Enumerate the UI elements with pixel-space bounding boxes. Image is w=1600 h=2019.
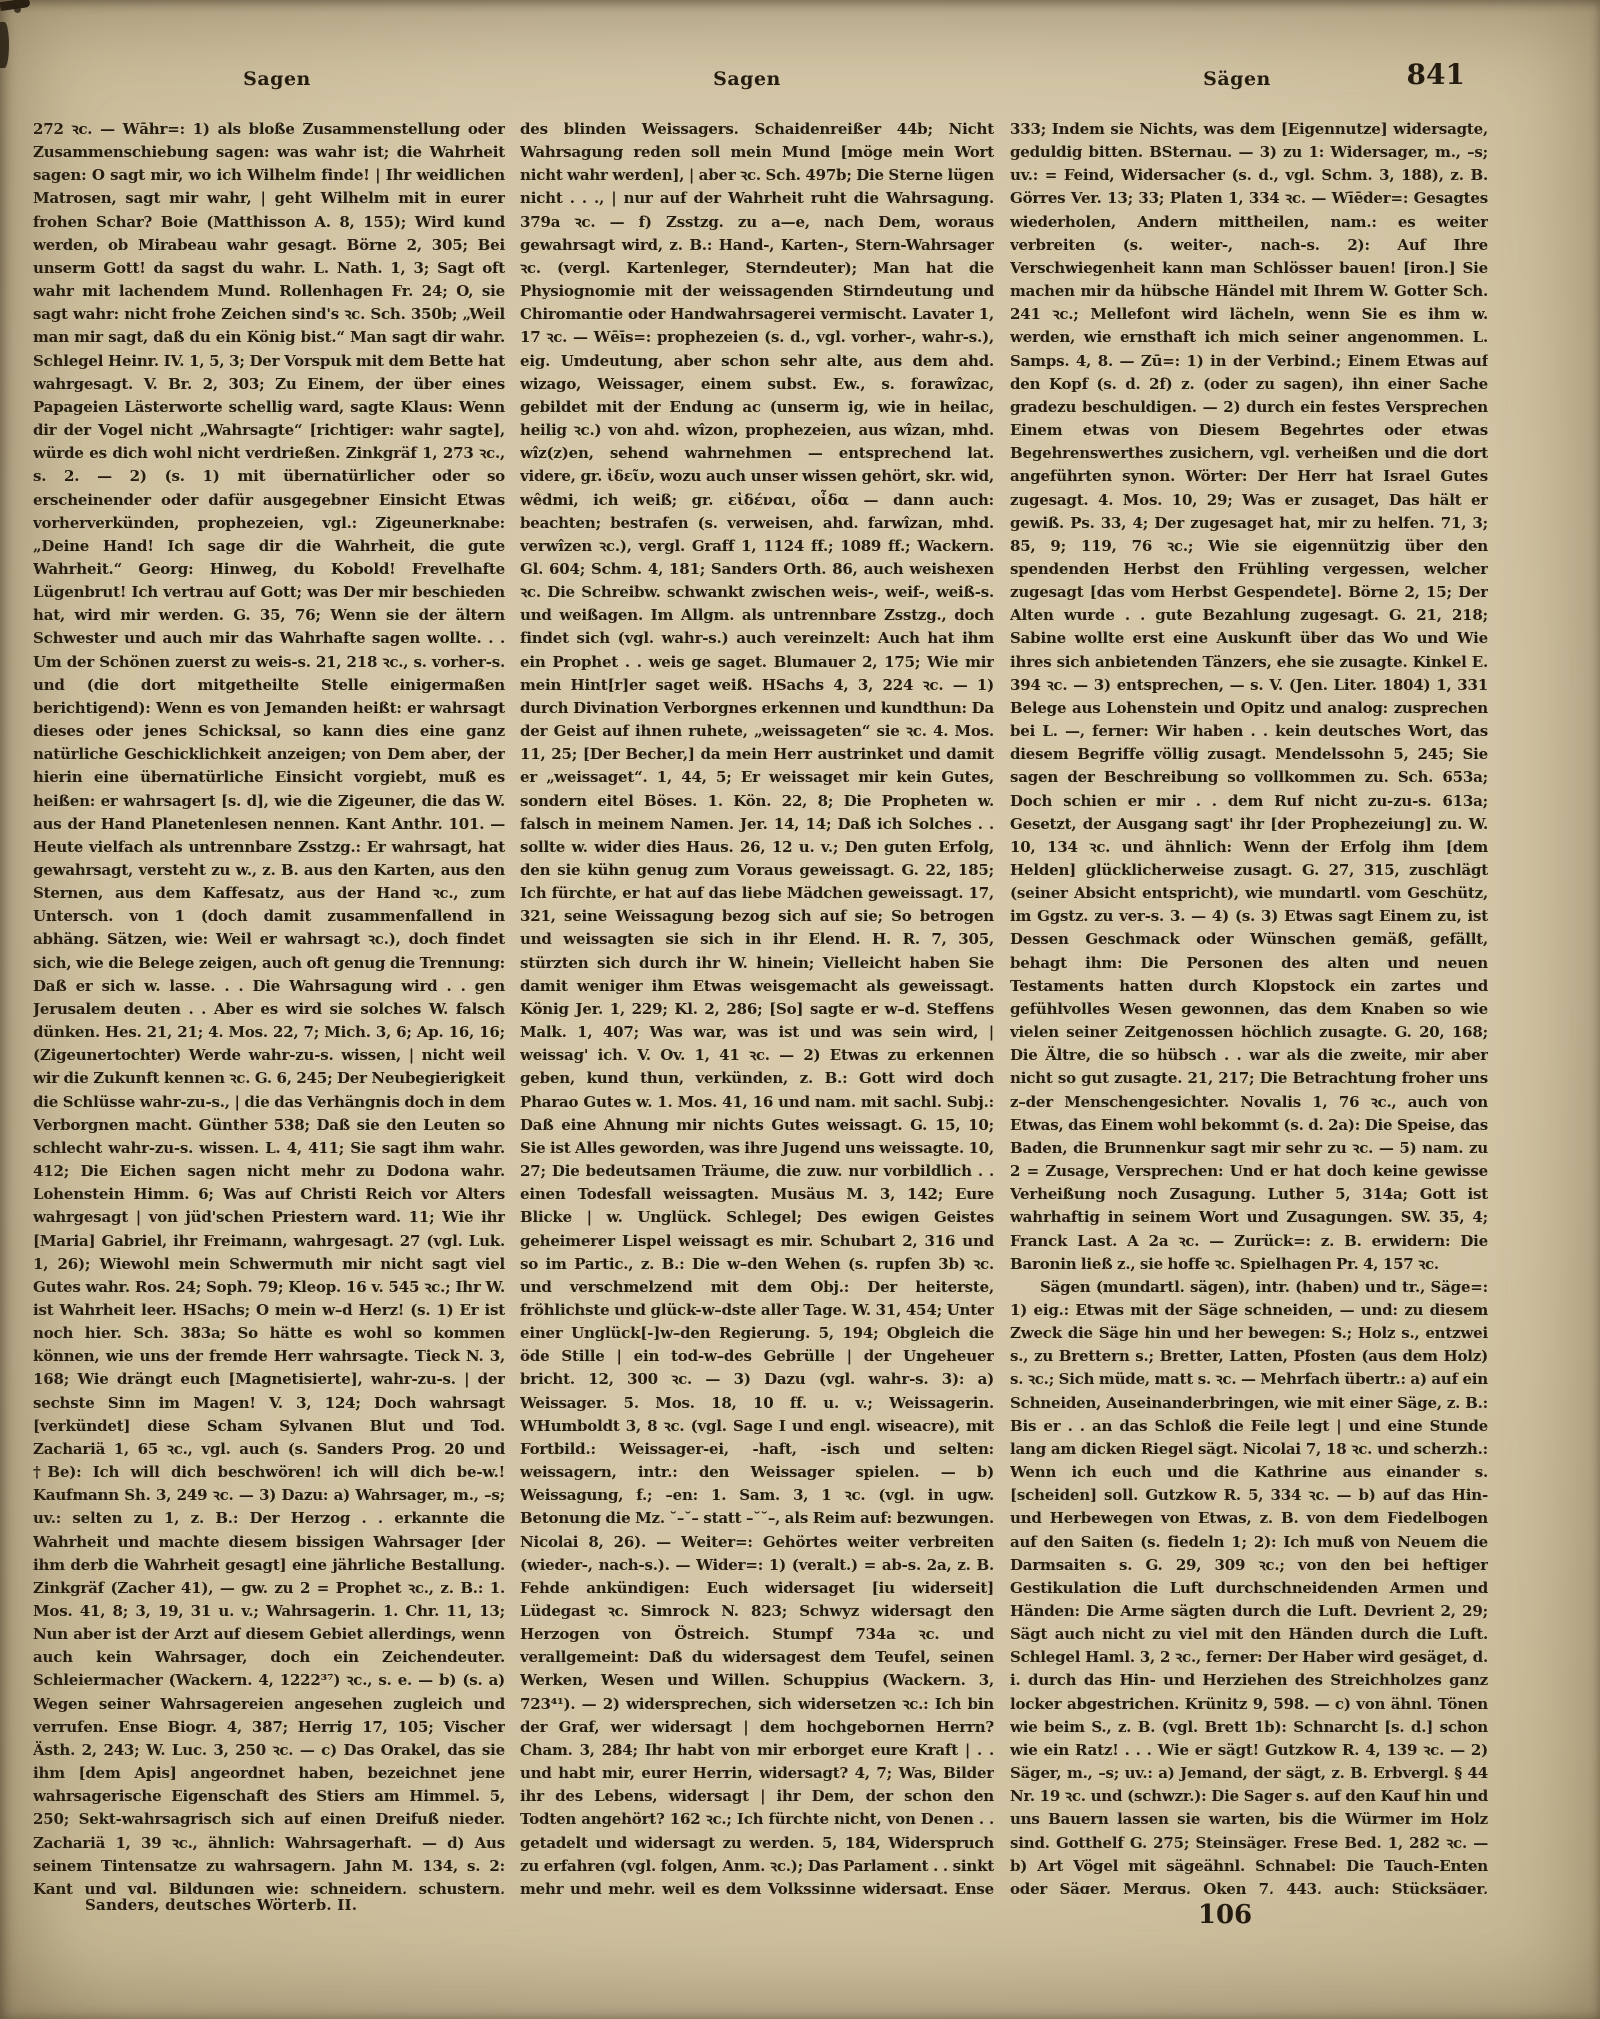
column-paragraph: des blinden Weissagers. Schaidenreißer 4… (520, 118, 994, 1894)
page-number: 841 (1360, 58, 1465, 91)
running-title-center: Sagen (637, 68, 857, 90)
printer-signature: Sanders, deutsches Wörterb. II. (85, 1896, 357, 1914)
scan-ink-mark (0, 22, 9, 68)
text-column-3: 333; Indem sie Nichts, was dem [Eigennut… (1010, 118, 1488, 1894)
column-paragraph: 272 ꝛc. — Wāhr=: 1) als bloße Zusammenst… (33, 118, 505, 1894)
sheet-number: 106 (1175, 1900, 1275, 1930)
running-title-left: Sagen (167, 68, 387, 90)
running-title-right: Sägen (1127, 68, 1347, 90)
scan-ink-mark (0, 0, 30, 11)
column-paragraph: Sägen (mundartl. sägen), intr. (haben) u… (1010, 1276, 1488, 1894)
text-column-2: des blinden Weissagers. Schaidenreißer 4… (520, 118, 994, 1894)
scan-ink-mark (14, 6, 21, 13)
dictionary-page: Sagen Sagen Sägen 841 272 ꝛc. — Wāhr=: 1… (0, 0, 1600, 2019)
text-column-1: 272 ꝛc. — Wāhr=: 1) als bloße Zusammenst… (33, 118, 505, 1894)
column-paragraph: 333; Indem sie Nichts, was dem [Eigennut… (1010, 118, 1488, 1276)
